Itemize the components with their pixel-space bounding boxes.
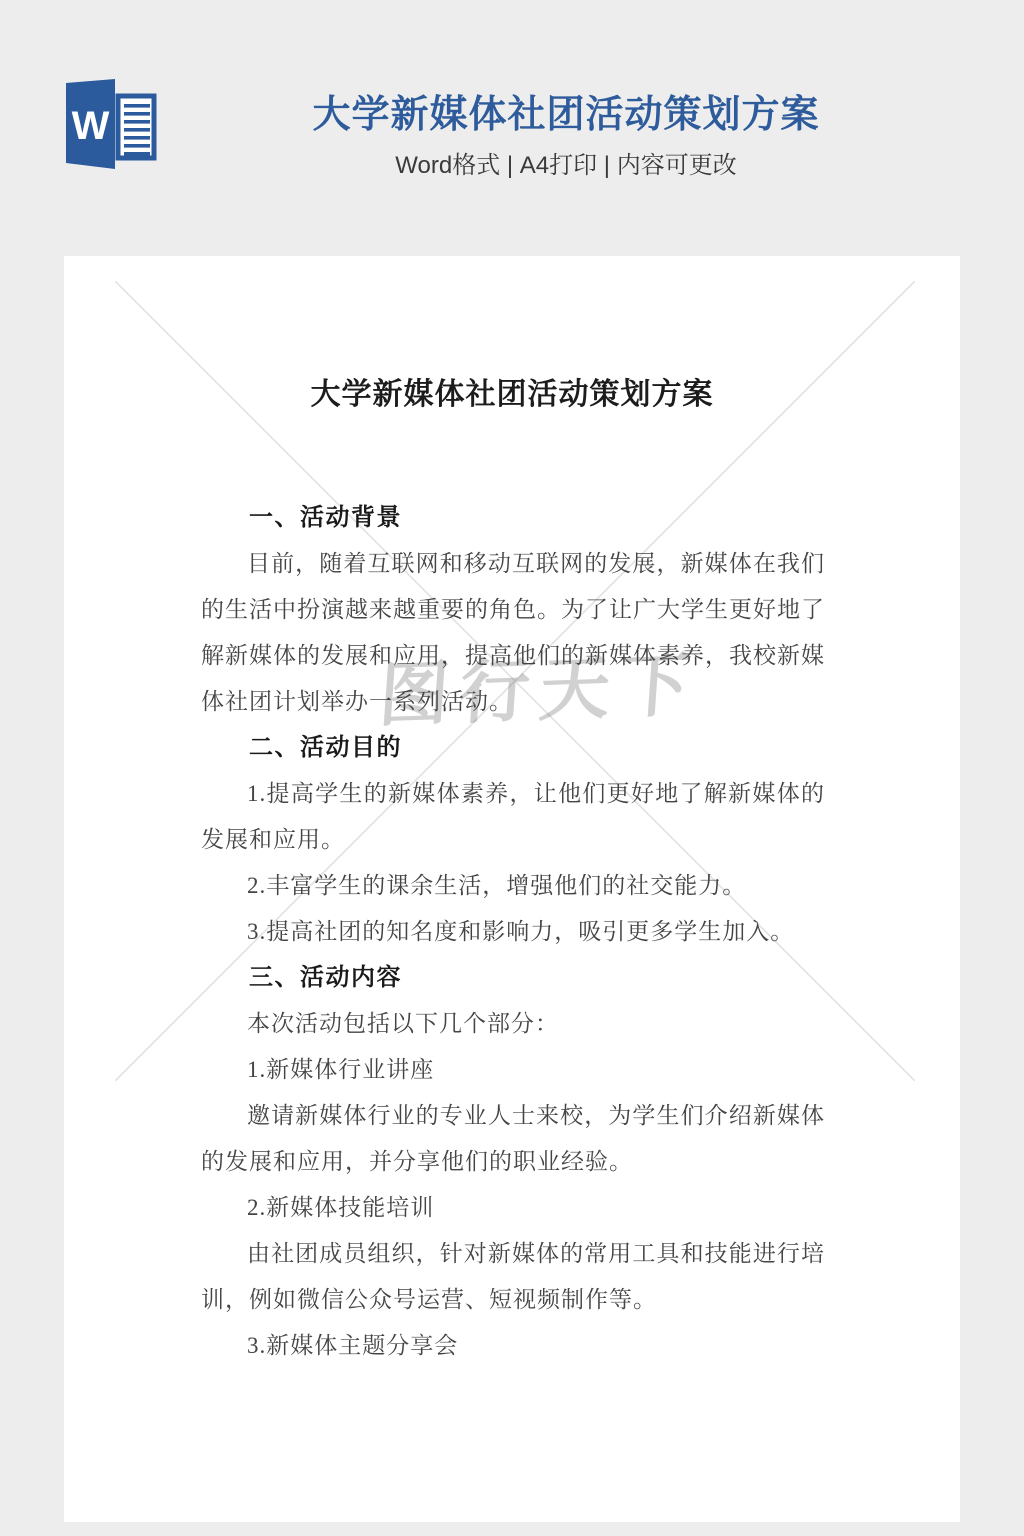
doc-paragraph: 2.新媒体技能培训	[201, 1185, 825, 1231]
doc-paragraph: 邀请新媒体行业的专业人士来校，为学生们介绍新媒体的发展和应用，并分享他们的职业经…	[201, 1093, 825, 1185]
doc-paragraph: 由社团成员组织，针对新媒体的常用工具和技能进行培训，例如微信公众号运营、短视频制…	[201, 1231, 825, 1323]
page-title: 大学新媒体社团活动策划方案	[312, 94, 819, 136]
page: { "page": { "background": "#ededed", "ca…	[0, 0, 1024, 1536]
doc-paragraph: 1.提高学生的新媒体素养，让他们更好地了解新媒体的发展和应用。	[201, 771, 825, 863]
document-preview-card: 图行天下 大学新媒体社团活动策划方案 一、活动背景目前，随着互联网和移动互联网的…	[64, 256, 960, 1522]
doc-paragraph: 3.新媒体主题分享会	[201, 1323, 825, 1369]
word-icon-letter: W	[72, 104, 110, 148]
doc-heading: 一、活动背景	[201, 495, 825, 541]
doc-paragraph: 目前，随着互联网和移动互联网的发展，新媒体在我们的生活中扮演越来越重要的角色。为…	[201, 541, 825, 725]
word-icon: W	[66, 78, 158, 170]
page-subtitle: Word格式 | A4打印 | 内容可更改	[312, 152, 819, 180]
document-title: 大学新媒体社团活动策划方案	[64, 372, 960, 418]
doc-paragraph: 3.提高社团的知名度和影响力，吸引更多学生加入。	[201, 909, 825, 955]
header: 大学新媒体社团活动策划方案 Word格式 | A4打印 | 内容可更改	[312, 94, 819, 180]
doc-heading: 三、活动内容	[201, 955, 825, 1001]
doc-paragraph: 2.丰富学生的课余生活，增强他们的社交能力。	[201, 863, 825, 909]
doc-paragraph: 本次活动包括以下几个部分：	[201, 1001, 825, 1047]
document-body: 一、活动背景目前，随着互联网和移动互联网的发展，新媒体在我们的生活中扮演越来越重…	[201, 495, 825, 1369]
doc-paragraph: 1.新媒体行业讲座	[201, 1047, 825, 1093]
doc-heading: 二、活动目的	[201, 725, 825, 771]
